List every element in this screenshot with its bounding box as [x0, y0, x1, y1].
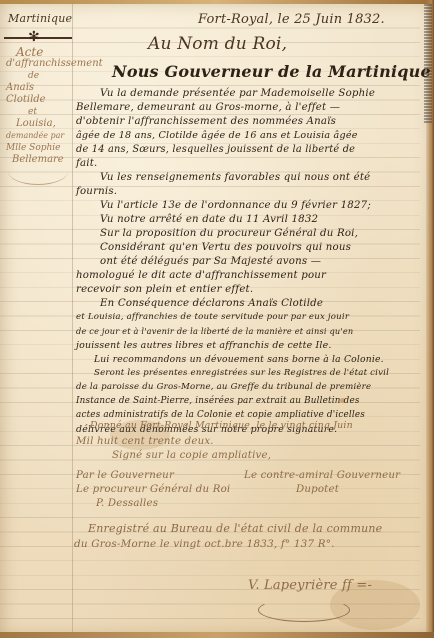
margin-note-line: Mlle Sophie — [6, 142, 72, 154]
body-line: d'obtenir l'affranchissement des nommées… — [76, 116, 336, 127]
body-line: Considérant qu'en Vertu des pouvoirs qui… — [100, 242, 351, 253]
margin-notes: Acte d'affranchissement de Anaïs Clotild… — [6, 46, 72, 166]
body-line: fait. — [76, 158, 97, 169]
body-line: homologué le dit acte d'affranchissement… — [76, 270, 326, 281]
body-line: Sur la proposition du procureur Général … — [100, 228, 358, 239]
dateline: Fort-Royal, le 25 Juin 1832. — [198, 12, 385, 27]
signature-paraph — [258, 598, 350, 622]
closing-line: Signé sur la copie ampliative, — [112, 450, 271, 461]
body-line: Seront les présentes enregistrées sur le… — [94, 368, 389, 378]
heading-au-nom-du-roi: Au Nom du Roi, — [148, 34, 287, 54]
registration-line: Enregistré au Bureau de l'état civil de … — [88, 522, 382, 535]
ornament-star-icon: ✻ — [28, 29, 40, 45]
signature-right-name: Dupotet — [296, 484, 339, 495]
body-line: de la paroisse du Gros-Morne, au Greffe … — [76, 382, 371, 392]
margin-note-line: d'affranchissement — [6, 58, 72, 70]
body-line: recevoir son plein et entier effet. — [76, 284, 253, 295]
signature-right-title: Le contre-amiral Gouverneur — [244, 470, 400, 481]
body-line: actes administratifs de la Colonie et co… — [76, 410, 365, 420]
margin-title: Martinique — [8, 12, 72, 25]
body-line: et Louisia, affranchies de toute servitu… — [76, 312, 349, 322]
document-page: Martinique ✻ Acte d'affranchissement de … — [0, 0, 434, 638]
margin-note-line: de — [6, 70, 72, 82]
margin-note-line: Louisia, — [6, 118, 72, 130]
body-line: Vu la demande présentée par Mademoiselle… — [100, 88, 375, 99]
body-line: Bellemare, demeurant au Gros-morne, à l'… — [76, 102, 340, 113]
registration-line: du Gros-Morne le vingt oct.bre 1833, f° … — [74, 538, 335, 550]
signature-left-title: Le procureur Général du Roi — [76, 484, 230, 495]
margin-note-line: et — [6, 106, 72, 118]
margin-note-line: demandée par — [6, 130, 72, 142]
margin-line — [72, 0, 73, 638]
margin-flourish — [8, 158, 68, 185]
body-line: fournis. — [76, 186, 117, 197]
signature-left-name: P. Dessalles — [96, 498, 158, 509]
body-line: Vu notre arrêté en date du 11 Avril 1832 — [100, 214, 318, 225]
final-signature: V. Lapeyrière ff =- — [248, 578, 372, 593]
signature-left-label: Par le Gouverneur — [76, 470, 174, 481]
body-line: Instance de Saint-Pierre, insérées par e… — [76, 396, 360, 406]
heading-gouverneur: Nous Gouverneur de la Martinique — [112, 62, 431, 81]
body-line: Vu les renseignements favorables qui nou… — [100, 172, 370, 183]
body-line: de 14 ans, Sœurs, lesquelles jouissent d… — [76, 144, 355, 155]
margin-note-line: Acte — [6, 46, 72, 58]
page-top-edge — [0, 0, 434, 4]
page-bottom-edge — [0, 632, 434, 638]
closing-line: Donné au Fort-Royal Martinique, le le vi… — [90, 420, 353, 431]
margin-note-line: Anaïs Clotilde — [6, 82, 72, 106]
body-line: Vu l'article 13e de l'ordonnance du 9 fé… — [100, 200, 371, 211]
body-line: ont été délégués par Sa Majesté avons — — [100, 256, 321, 267]
body-line: âgée de 18 ans, Clotilde âgée de 16 ans … — [76, 130, 358, 141]
closing-line: Mil huit cent trente deux. — [76, 436, 214, 447]
body-line: de ce jour et à l'avenir de la liberté d… — [76, 326, 353, 336]
body-line: En Conséquence déclarons Anaïs Clotilde — [100, 298, 323, 309]
body-line: jouissent les autres libres et affranchi… — [76, 340, 332, 351]
body-line: Lui recommandons un dévouement sans born… — [94, 354, 384, 365]
